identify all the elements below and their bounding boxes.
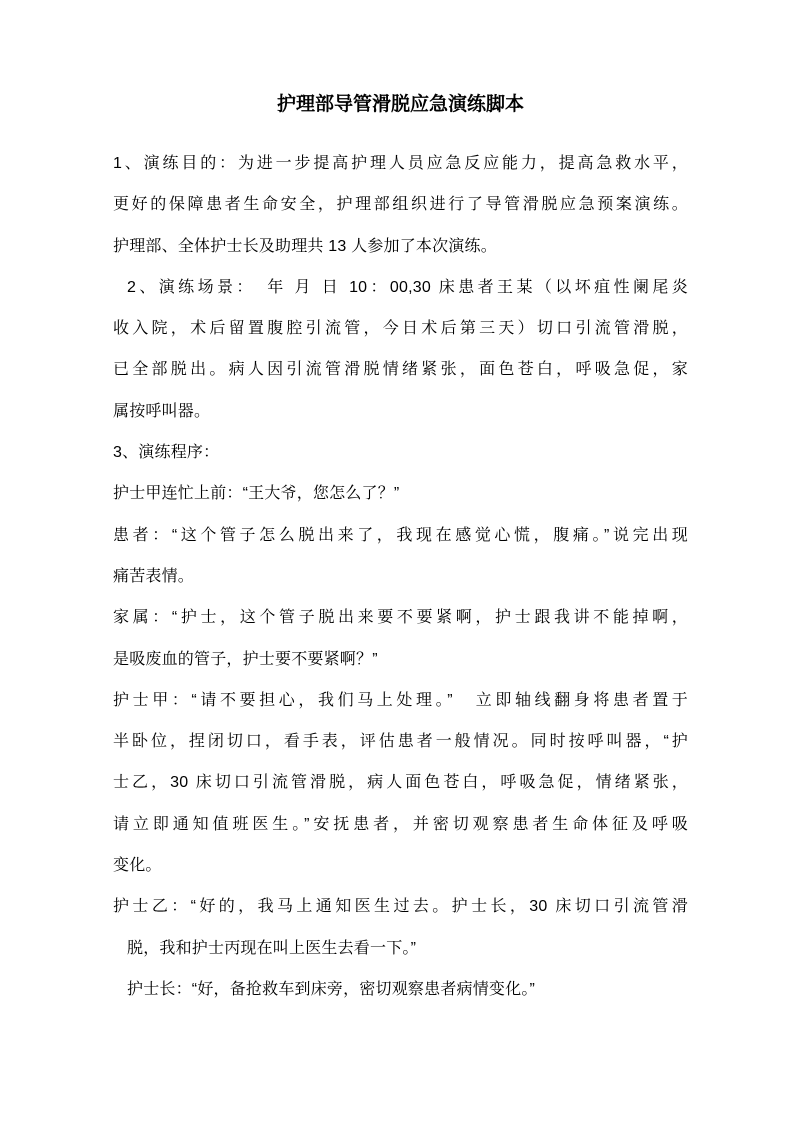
text-line: 变化。 [113, 845, 688, 886]
text-line: 家属：“护士，这个管子脱出来要不要紧啊，护士跟我讲不能掉啊， [113, 597, 688, 638]
text-line: 痛苦表情。 [113, 556, 688, 597]
paragraph: 护士乙：“好的，我马上通知医生过去。护士长，30 床切口引流管滑脱，我和护士丙现… [113, 886, 688, 969]
paragraph: 2、演练场景： 年 月 日 10：00,30 床患者王某（以坏疽性阑尾炎收入院，… [113, 267, 688, 432]
text-line: 更好的保障患者生命安全，护理部组织进行了导管滑脱应急预案演练。 [113, 184, 688, 225]
text-line: 是吸废血的管子，护士要不要紧啊？” [113, 639, 688, 680]
text-line: 半卧位，捏闭切口，看手表，评估患者一般情况。同时按呼叫器，“护 [113, 721, 688, 762]
text-line: 护士甲：“请不要担心，我们马上处理。” 立即轴线翻身将患者置于 [113, 680, 688, 721]
text-line: 1、演练目的：为进一步提高护理人员应急反应能力，提高急救水平， [113, 143, 688, 184]
paragraph: 1、演练目的：为进一步提高护理人员应急反应能力，提高急救水平，更好的保障患者生命… [113, 143, 688, 267]
text-line: 护理部、全体护士长及助理共 13 人参加了本次演练。 [113, 226, 688, 267]
paragraph: 护士甲：“请不要担心，我们马上处理。” 立即轴线翻身将患者置于半卧位，捏闭切口，… [113, 680, 688, 886]
paragraph: 3、演练程序： [113, 432, 688, 473]
document-title: 护理部导管滑脱应急演练脚本 [113, 90, 688, 120]
paragraph: 家属：“护士，这个管子脱出来要不要紧啊，护士跟我讲不能掉啊，是吸废血的管子，护士… [113, 597, 688, 680]
text-line: 护士长：“好，备抢救车到床旁，密切观察患者病情变化。” [113, 969, 688, 1010]
document-content: 护理部导管滑脱应急演练脚本 1、演练目的：为进一步提高护理人员应急反应能力，提高… [113, 90, 688, 1010]
text-line: 2、演练场景： 年 月 日 10：00,30 床患者王某（以坏疽性阑尾炎 [113, 267, 688, 308]
paragraph: 患者：“这个管子怎么脱出来了，我现在感觉心慌，腹痛。”说完出现痛苦表情。 [113, 515, 688, 598]
document-body: 1、演练目的：为进一步提高护理人员应急反应能力，提高急救水平，更好的保障患者生命… [113, 143, 688, 1010]
text-line: 脱，我和护士丙现在叫上医生去看一下。” [113, 928, 688, 969]
paragraph: 护士甲连忙上前：“王大爷，您怎么了？” [113, 473, 688, 514]
text-line: 患者：“这个管子怎么脱出来了，我现在感觉心慌，腹痛。”说完出现 [113, 515, 688, 556]
document-page: 护理部导管滑脱应急演练脚本 1、演练目的：为进一步提高护理人员应急反应能力，提高… [0, 0, 793, 1122]
text-line: 护士甲连忙上前：“王大爷，您怎么了？” [113, 473, 688, 514]
text-line: 士乙，30 床切口引流管滑脱，病人面色苍白，呼吸急促，情绪紧张， [113, 762, 688, 803]
paragraph: 护士长：“好，备抢救车到床旁，密切观察患者病情变化。” [113, 969, 688, 1010]
text-line: 3、演练程序： [113, 432, 688, 473]
text-line: 已全部脱出。病人因引流管滑脱情绪紧张，面色苍白，呼吸急促，家 [113, 349, 688, 390]
text-line: 属按呼叫器。 [113, 391, 688, 432]
text-line: 收入院，术后留置腹腔引流管，今日术后第三天）切口引流管滑脱， [113, 308, 688, 349]
text-line: 护士乙：“好的，我马上通知医生过去。护士长，30 床切口引流管滑 [113, 886, 688, 927]
text-line: 请立即通知值班医生。”安抚患者，并密切观察患者生命体征及呼吸 [113, 804, 688, 845]
